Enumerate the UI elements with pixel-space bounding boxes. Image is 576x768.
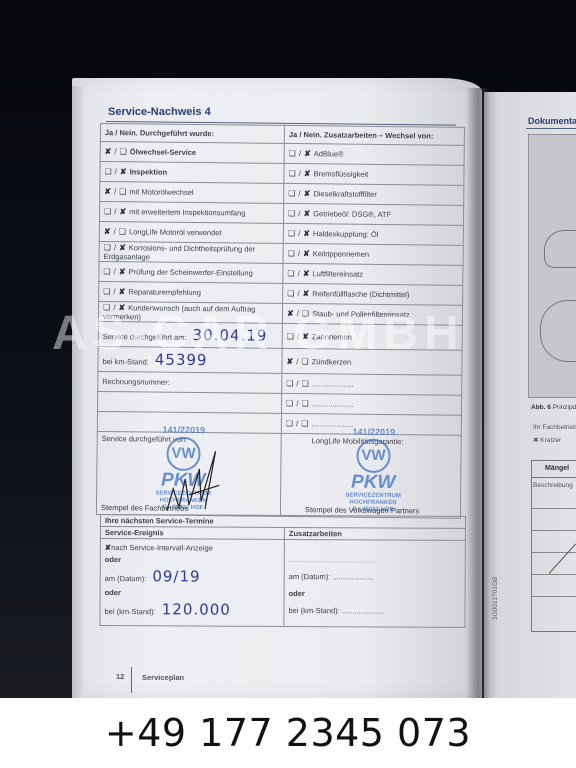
footer-separator	[131, 667, 132, 693]
document-code: 3G0012701GB	[492, 577, 499, 620]
car-outline-side	[544, 230, 576, 268]
additional-work-item: ❑/✘AdBlue®	[284, 143, 464, 165]
page-edge	[72, 86, 84, 698]
item-label: LongLife Motoröl verwendet	[129, 227, 222, 237]
checkbox-separator: /	[113, 287, 115, 296]
next-date-value: 09/19	[152, 567, 200, 585]
additional-work-item: ❑/✘Luftfiltereinsatz	[283, 263, 463, 285]
checkbox-separator: /	[114, 227, 116, 236]
checkbox-ja[interactable]: ❑	[286, 419, 293, 428]
checkbox-ja[interactable]: ❑	[286, 379, 293, 388]
additional-work-item: ❑/❑....................	[281, 393, 461, 415]
checkbox-ja[interactable]: ✘	[105, 147, 112, 156]
checkbox-separator: /	[298, 189, 300, 198]
checkbox-nein[interactable]: ✘	[303, 229, 310, 238]
checkbox-ja[interactable]: ❑	[104, 243, 111, 252]
checkbox-nein[interactable]: ❑	[120, 147, 127, 156]
page-number: 12	[116, 672, 124, 681]
service-item: ✘/❑LongLife Motoröl verwendet	[99, 221, 283, 243]
item-label: ....................	[312, 399, 354, 408]
stamp-left-label: Stempel des Fachbetriebs	[101, 503, 188, 513]
col-service-event: Service-Ereignis	[100, 527, 284, 540]
checkbox-separator: /	[296, 399, 298, 408]
checkbox-nein[interactable]: ✘	[119, 287, 126, 296]
oder-label: oder	[105, 555, 280, 565]
additional-work-item: ❑/❑....................	[282, 373, 462, 395]
checkbox-ja[interactable]: ❑	[103, 267, 110, 276]
stamp-right-cell: LongLife Mobilitätsgarantie: 141/22019 V…	[280, 433, 461, 518]
additional-work-item: ❑/✘Haldexkupplung: Öl	[283, 223, 463, 245]
item-label: Reparaturempfehlung	[128, 287, 201, 297]
checkbox-nein[interactable]: ✘	[304, 189, 311, 198]
checkbox-nein[interactable]: ✘	[120, 167, 127, 176]
footer-section: Serviceplan	[142, 673, 184, 682]
additional-work-cell: ........................................…	[284, 539, 465, 627]
page-title: Service-Nachweis 4	[108, 106, 211, 118]
extra-dots: ........................................…	[289, 555, 461, 565]
checkbox-separator: /	[296, 379, 298, 388]
checkbox-separator: /	[114, 207, 116, 216]
checkbox-nein[interactable]: ❑	[119, 187, 126, 196]
checkbox-nein[interactable]: ✘	[303, 249, 310, 258]
additional-work-item: ❑/✘Reifenfüllflasche (Dichtmittel)	[283, 283, 463, 305]
interval-option[interactable]: ✘nach Service-Intervall-Anzeige	[105, 543, 280, 553]
item-label: Luftfiltereinsatz	[312, 269, 363, 279]
item-label: Korrosions- und Dichtheitsprüfung der Er…	[104, 243, 256, 261]
checkbox-separator: /	[298, 249, 300, 258]
invoice-number-cell: Rechnungsnummer:	[98, 371, 282, 393]
right-header: Ja / Nein. Zusatzarbeiten – Wechsel von:	[284, 125, 464, 145]
checkbox-separator: /	[299, 149, 301, 158]
checkbox-nein[interactable]: ✘	[119, 207, 126, 216]
phone-number[interactable]: +49 177 2345 073	[0, 700, 576, 768]
checkbox-nein[interactable]: ❑	[301, 419, 308, 428]
checkbox-nein[interactable]: ✘	[119, 243, 126, 252]
defects-line	[531, 596, 576, 597]
checkbox-ja[interactable]: ❑	[104, 207, 111, 216]
defects-line	[531, 552, 576, 553]
item-label: Keilrippenriemen	[313, 249, 369, 259]
additional-work-item: ❑/✘Getriebeöl: DSG®, ATF	[283, 203, 463, 225]
checkbox-nein[interactable]: ✘	[303, 289, 310, 298]
extra-oder: oder	[289, 589, 461, 599]
checkbox-nein[interactable]: ❑	[119, 227, 126, 236]
item-label: Ölwechsel-Service	[130, 147, 196, 157]
checkbox-nein[interactable]: ❑	[301, 399, 308, 408]
service-item: ✘/❑mit Motorölwechsel	[100, 182, 284, 204]
checkbox-separator: /	[114, 243, 116, 252]
dealer-stamp-right: 141/22019 VW PKW SERVICEZENTRUM HOCHFRAN…	[327, 426, 420, 514]
checkbox-separator: /	[298, 229, 300, 238]
service-item: ✘/❑Ölwechsel-Service	[100, 142, 284, 164]
checkbox-ja[interactable]: ❑	[288, 209, 295, 218]
right-title-rule	[526, 128, 576, 129]
checkbox-ja[interactable]: ✘	[104, 227, 111, 236]
service-item: ❑/✘mit erweitertem Inspektionsumfang	[99, 202, 283, 224]
additional-work-item: ❑/✘Bremsflüssigkeit	[284, 163, 464, 185]
defects-line	[531, 530, 576, 531]
item-label: Haldexkupplung: Öl	[313, 229, 379, 239]
checkbox-ja[interactable]: ❑	[289, 149, 296, 158]
checkbox-separator: /	[298, 269, 300, 278]
checkbox-ja[interactable]: ❑	[286, 399, 293, 408]
service-event-cell: ✘nach Service-Intervall-Anzeige oder am …	[100, 539, 284, 627]
checkbox-separator: /	[298, 209, 300, 218]
checkbox-ja[interactable]: ✘	[104, 187, 111, 196]
checkbox-separator: /	[115, 167, 117, 176]
additional-work-item: ❑/✘Dieselkraftstofffilter	[284, 183, 464, 205]
checkbox-nein[interactable]: ❑	[302, 379, 309, 388]
checkbox-separator: /	[296, 419, 298, 428]
service-item: ❑/✘Korrosions- und Dichtheitsprüfung der…	[99, 241, 283, 263]
item-label: Prüfung der Scheinwerfer-Einstellung	[129, 267, 253, 277]
service-item: ❑/✘Inspektion	[100, 162, 284, 184]
oder-label-2: oder	[105, 588, 280, 598]
checkbox-ja[interactable]: ❑	[287, 269, 294, 278]
book-spine	[466, 88, 490, 698]
stamp-left-cell: Service durchgeführt von: 141/22019 VW P…	[96, 431, 281, 516]
item-label: Inspektion	[130, 167, 168, 176]
item-label: mit erweitertem Inspektionsumfang	[129, 207, 245, 217]
checkbox-separator: /	[114, 187, 116, 196]
checkbox-nein[interactable]: ✘	[303, 209, 310, 218]
next-km-row: bei (km-Stand):120.000	[104, 600, 279, 619]
defects-line	[531, 574, 576, 575]
item-label: Bremsflüssigkeit	[314, 169, 369, 179]
service-item: ❑/✘Prüfung der Scheinwerfer-Einstellung	[99, 261, 283, 283]
checkbox-ja[interactable]: ❑	[287, 289, 294, 298]
checkbox-ja[interactable]: ❑	[288, 189, 295, 198]
checkbox-ja[interactable]: ❑	[288, 169, 295, 178]
extra-km: bei (km-Stand): ....................	[288, 606, 460, 616]
next-km-value: 120.000	[162, 600, 231, 618]
checkbox-ja[interactable]: ❑	[104, 167, 111, 176]
checkbox-ja[interactable]: ❑	[103, 287, 110, 296]
checkbox-nein[interactable]: ✘	[119, 267, 126, 276]
next-date-row: am (Datum):09/19	[105, 567, 280, 586]
watermark: AS-CAR GMBH	[52, 306, 522, 361]
defects-header: Mängel	[531, 460, 576, 478]
additional-work-item: ❑/✘Keilrippenriemen	[283, 243, 463, 265]
checkbox-nein[interactable]: ✘	[304, 149, 311, 158]
next-service-table: Ihre nächsten Service-Termine Service-Er…	[99, 514, 466, 628]
invoice-number-label: Rechnungsnummer:	[102, 377, 170, 387]
checkbox-nein[interactable]: ✘	[304, 169, 311, 178]
checkbox-separator: /	[299, 169, 301, 178]
checkbox-ja[interactable]: ❑	[288, 249, 295, 258]
stamp-right-label: Stempel des Volkswagen Partners	[305, 505, 419, 515]
right-page-title: Dokumentation	[528, 116, 576, 126]
item-label: ....................	[312, 379, 354, 388]
defects-line	[531, 508, 576, 509]
col-additional-work: Zusatzarbeiten	[284, 527, 465, 540]
item-label: AdBlue®	[314, 149, 344, 158]
checkbox-ja[interactable]: ❑	[288, 229, 295, 238]
figure-caption: Abb. 6 Prinzipdarstellung	[531, 404, 576, 411]
item-label: Dieselkraftstofffilter	[313, 189, 377, 199]
checkbox-nein[interactable]: ✘	[303, 269, 310, 278]
defects-subheader: Beschreibung	[533, 482, 573, 489]
left-header: Ja / Nein. Durchgeführt wurde:	[100, 124, 284, 144]
checkbox-separator: /	[114, 267, 116, 276]
item-label: Reifenfüllflasche (Dichtmittel)	[312, 289, 409, 299]
item-label: mit Motorölwechsel	[129, 187, 193, 197]
item-label: Getriebeöl: DSG®, ATF	[313, 209, 391, 219]
extra-date: am (Datum): ....................	[289, 572, 461, 582]
service-item: ❑/✘Reparaturempfehlung	[99, 281, 283, 303]
checkbox-separator: /	[114, 147, 116, 156]
checkbox-separator: /	[297, 289, 299, 298]
right-text-1: Ihr Fachbetrieb	[533, 424, 576, 431]
right-text-2: ✖ Kratzer	[533, 436, 561, 444]
